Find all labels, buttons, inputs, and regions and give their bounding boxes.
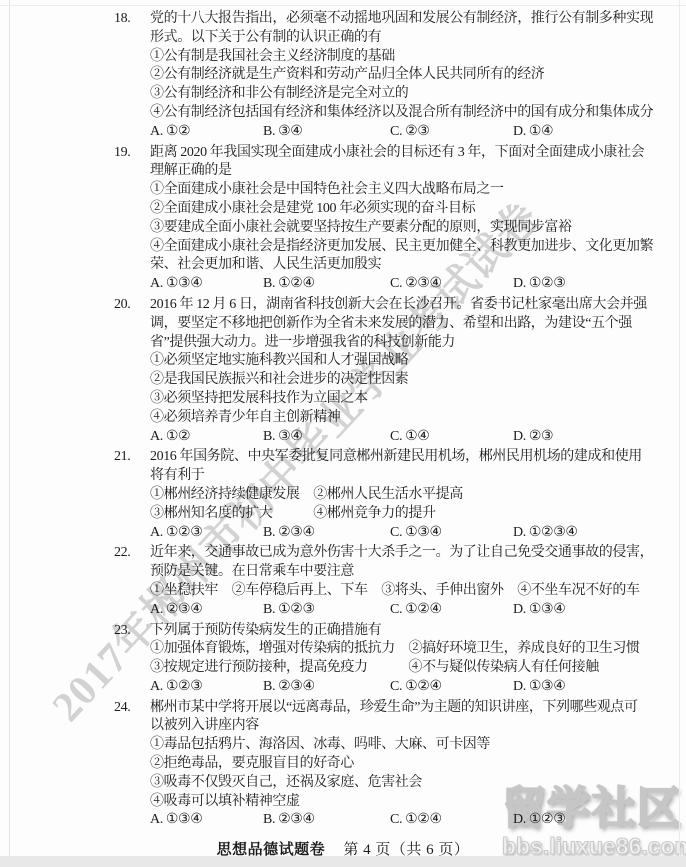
answer-option: D. ①③④ (513, 601, 565, 620)
answer-options-row: A. ①②③B. ②③④C. ①③④D. ①②③④ (150, 524, 686, 543)
question-line: ④必须培养青少年自主创新精神 (150, 409, 686, 428)
question-item: 20. 2016 年 12 月 6 日，湖南省科技创新大会在长沙召开。省委书记杜… (0, 296, 686, 446)
scan-edge-right (679, 0, 680, 867)
answer-option: C. ①②④ (390, 601, 442, 620)
answer-option: C. ①②④ (390, 811, 442, 830)
question-line: ③公有制经济和非公有制经济是完全对立的 (150, 85, 686, 104)
question-line: ①加强体育锻炼，增强对传染病的抵抗力 ②搞好环境卫生，养成良好的卫生习惯 (150, 640, 686, 659)
question-line: ④公有制经济包括国有经济和集体经济以及混合所有制经济中的国有成分和集体成分 (150, 104, 686, 123)
question-list: 18. 党的十八大报告指出，必须毫不动摇地巩固和发展公有制经济，推行公有制多种实… (0, 10, 686, 832)
answer-option: B. ③④ (263, 428, 302, 447)
answer-option: D. ①②③④ (513, 524, 578, 543)
question-number: 24. (114, 699, 130, 718)
question-item: 18. 党的十八大报告指出，必须毫不动摇地巩固和发展公有制经济，推行公有制多种实… (0, 10, 686, 142)
scan-edge-top (0, 5, 686, 6)
question-line: ②全面建成小康社会是建党 100 年必须实现的奋斗目标 (150, 200, 686, 219)
question-line: ①郴州经济持续健康发展 ②郴州人民生活水平提高 (150, 486, 686, 505)
answer-option: B. ②③④ (263, 524, 315, 543)
question-number: 19. (114, 144, 130, 163)
question-line: ①毒品包括鸦片、海洛因、冰毒、吗啡、大麻、可卡因等 (150, 736, 686, 755)
question-line: 郴州市某中学将开展以“远离毒品，珍爱生命”为主题的知识讲座，下列哪些观点可 (150, 699, 686, 718)
question-line: 调，要坚定不移地把创新作为全省未来发展的潜力、希望和出路，为建设“五个强 (150, 315, 686, 334)
question-body: 郴州市某中学将开展以“远离毒品，珍爱生命”为主题的知识讲座，下列哪些观点可以被列… (150, 699, 686, 831)
question-line: 荣、社会更加和谐、人民生活更加殷实 (150, 256, 686, 275)
question-number: 23. (114, 622, 130, 641)
question-item: 24. 郴州市某中学将开展以“远离毒品，珍爱生命”为主题的知识讲座，下列哪些观点… (0, 699, 686, 831)
question-number: 20. (114, 296, 130, 315)
answer-option: A. ①③④ (150, 275, 202, 294)
question-line: 将有利于 (150, 467, 686, 486)
question-item: 21. 2016 年国务院、中央军委批复同意郴州新建民用机场，郴州民用机场的建成… (0, 448, 686, 542)
answer-options-row: A. ①③④B. ②③④C. ①②④D. ①②③ (150, 811, 686, 830)
question-line: ①全面建成小康社会是中国特色社会主义四大战略布局之一 (150, 181, 686, 200)
question-line: 省”提供强大动力。进一步增强我省的科技创新能力 (150, 334, 686, 353)
question-line: ③吸毒不仅毁灭自己，还祸及家庭、危害社会 (150, 774, 686, 793)
question-line: ②拒绝毒品，要克服盲目的好奇心 (150, 755, 686, 774)
question-line: ③必须坚持把发展科技作为立国之本 (150, 390, 686, 409)
answer-options-row: A. ①③④B. ①②④C. ②③④D. ①②③ (150, 275, 686, 294)
answer-options-row: A. ①②③B. ②③④C. ①②④D. ①③④ (150, 678, 686, 697)
answer-options-row: A. ②③④B. ①②③C. ①②④D. ①③④ (150, 601, 686, 620)
question-body: 距离 2020 年我国实现全面建成小康社会的目标还有 3 年，下面对全面建成小康… (150, 144, 686, 294)
answer-option: A. ①②③ (150, 678, 202, 697)
answer-option: C. ①②④ (390, 678, 442, 697)
question-number: 21. (114, 448, 130, 467)
question-line: ①坐稳扶牢 ②车停稳后再上、下车 ③将头、手伸出窗外 ④不坐车况不好的车 (150, 582, 686, 601)
question-line: 预防是关键。在日常乘车中要注意 (150, 563, 686, 582)
question-body: 近年来，交通事故已成为意外伤害十大杀手之一。为了让自己免受交通事故的侵害，预防是… (150, 544, 686, 619)
question-line: 2016 年 12 月 6 日，湖南省科技创新大会在长沙召开。省委书记杜家毫出席… (150, 296, 686, 315)
question-line: ④全面建成小康社会是指经济更加发展、民主更加健全、科教更加进步、文化更加繁 (150, 238, 686, 257)
question-body: 2016 年国务院、中央军委批复同意郴州新建民用机场，郴州民用机场的建成和使用将… (150, 448, 686, 542)
question-item: 23. 下列属于预防传染病发生的正确措施有①加强体育锻炼，增强对传染病的抵抗力 … (0, 622, 686, 697)
question-line: 以被列入讲座内容 (150, 717, 686, 736)
question-line: ④吸毒可以填补精神空虚 (150, 793, 686, 812)
answer-options-row: A. ①②B. ③④C. ②③D. ①④ (150, 123, 686, 142)
answer-option: A. ②③④ (150, 601, 202, 620)
answer-option: D. ①③④ (513, 678, 565, 697)
answer-option: C. ②③④ (390, 275, 442, 294)
question-line: ③要建成全面小康社会就要坚持按生产要素分配的原则，实现同步富裕 (150, 219, 686, 238)
answer-option: B. ③④ (263, 123, 302, 142)
question-line: 形式。以下关于公有制的认识正确的有 (150, 29, 686, 48)
scan-edge-left (9, 0, 10, 867)
answer-option: B. ①②④ (263, 275, 315, 294)
question-line: 理解正确的是 (150, 162, 686, 181)
answer-option: A. ①③④ (150, 811, 202, 830)
answer-option: A. ①② (150, 428, 190, 447)
question-item: 19. 距离 2020 年我国实现全面建成小康社会的目标还有 3 年，下面对全面… (0, 144, 686, 294)
exam-page-scan: 2017年郴州市初中毕业学业考试试卷 留学社区 bbs.liuxue86.com… (0, 0, 686, 867)
question-body: 下列属于预防传染病发生的正确措施有①加强体育锻炼，增强对传染病的抵抗力 ②搞好环… (150, 622, 686, 697)
question-line: 党的十八大报告指出，必须毫不动摇地巩固和发展公有制经济，推行公有制多种实现 (150, 10, 686, 29)
question-line: ①公有制是我国社会主义经济制度的基础 (150, 48, 686, 67)
answer-option: B. ②③④ (263, 678, 315, 697)
question-line: ②公有制经济就是生产资料和劳动产品归全体人民共同所有的经济 (150, 66, 686, 85)
question-body: 党的十八大报告指出，必须毫不动摇地巩固和发展公有制经济，推行公有制多种实现形式。… (150, 10, 686, 142)
question-line: 近年来，交通事故已成为意外伤害十大杀手之一。为了让自己免受交通事故的侵害， (150, 544, 686, 563)
question-line: ①必须坚定地实施科教兴国和人才强国战略 (150, 352, 686, 371)
question-item: 22. 近年来，交通事故已成为意外伤害十大杀手之一。为了让自己免受交通事故的侵害… (0, 544, 686, 619)
question-line: ②是我国民族振兴和社会进步的决定性因素 (150, 371, 686, 390)
question-line: ③按规定进行预防接种，提高免疫力 ④不与疑似传染病人有任何接触 (150, 659, 686, 678)
answer-option: D. ①②③ (513, 811, 565, 830)
answer-option: D. ②③ (513, 428, 553, 447)
answer-option: C. ①④ (390, 428, 429, 447)
question-number: 18. (114, 10, 130, 29)
question-number: 22. (114, 544, 130, 563)
answer-option: B. ②③④ (263, 811, 315, 830)
answer-option: D. ①④ (513, 123, 553, 142)
answer-option: C. ②③ (390, 123, 429, 142)
question-line: ③郴州知名度的扩大 ④郴州竞争力的提升 (150, 505, 686, 524)
answer-options-row: A. ①②B. ③④C. ①④D. ②③ (150, 428, 686, 447)
scan-edge-bottom (0, 856, 686, 867)
answer-option: D. ①②③ (513, 275, 565, 294)
answer-option: A. ①② (150, 123, 190, 142)
question-line: 下列属于预防传染病发生的正确措施有 (150, 622, 686, 641)
answer-option: C. ①③④ (390, 524, 442, 543)
question-line: 2016 年国务院、中央军委批复同意郴州新建民用机场，郴州民用机场的建成和使用 (150, 448, 686, 467)
answer-option: B. ①②③ (263, 601, 315, 620)
question-body: 2016 年 12 月 6 日，湖南省科技创新大会在长沙召开。省委书记杜家毫出席… (150, 296, 686, 446)
question-line: 距离 2020 年我国实现全面建成小康社会的目标还有 3 年，下面对全面建成小康… (150, 144, 686, 163)
answer-option: A. ①②③ (150, 524, 202, 543)
